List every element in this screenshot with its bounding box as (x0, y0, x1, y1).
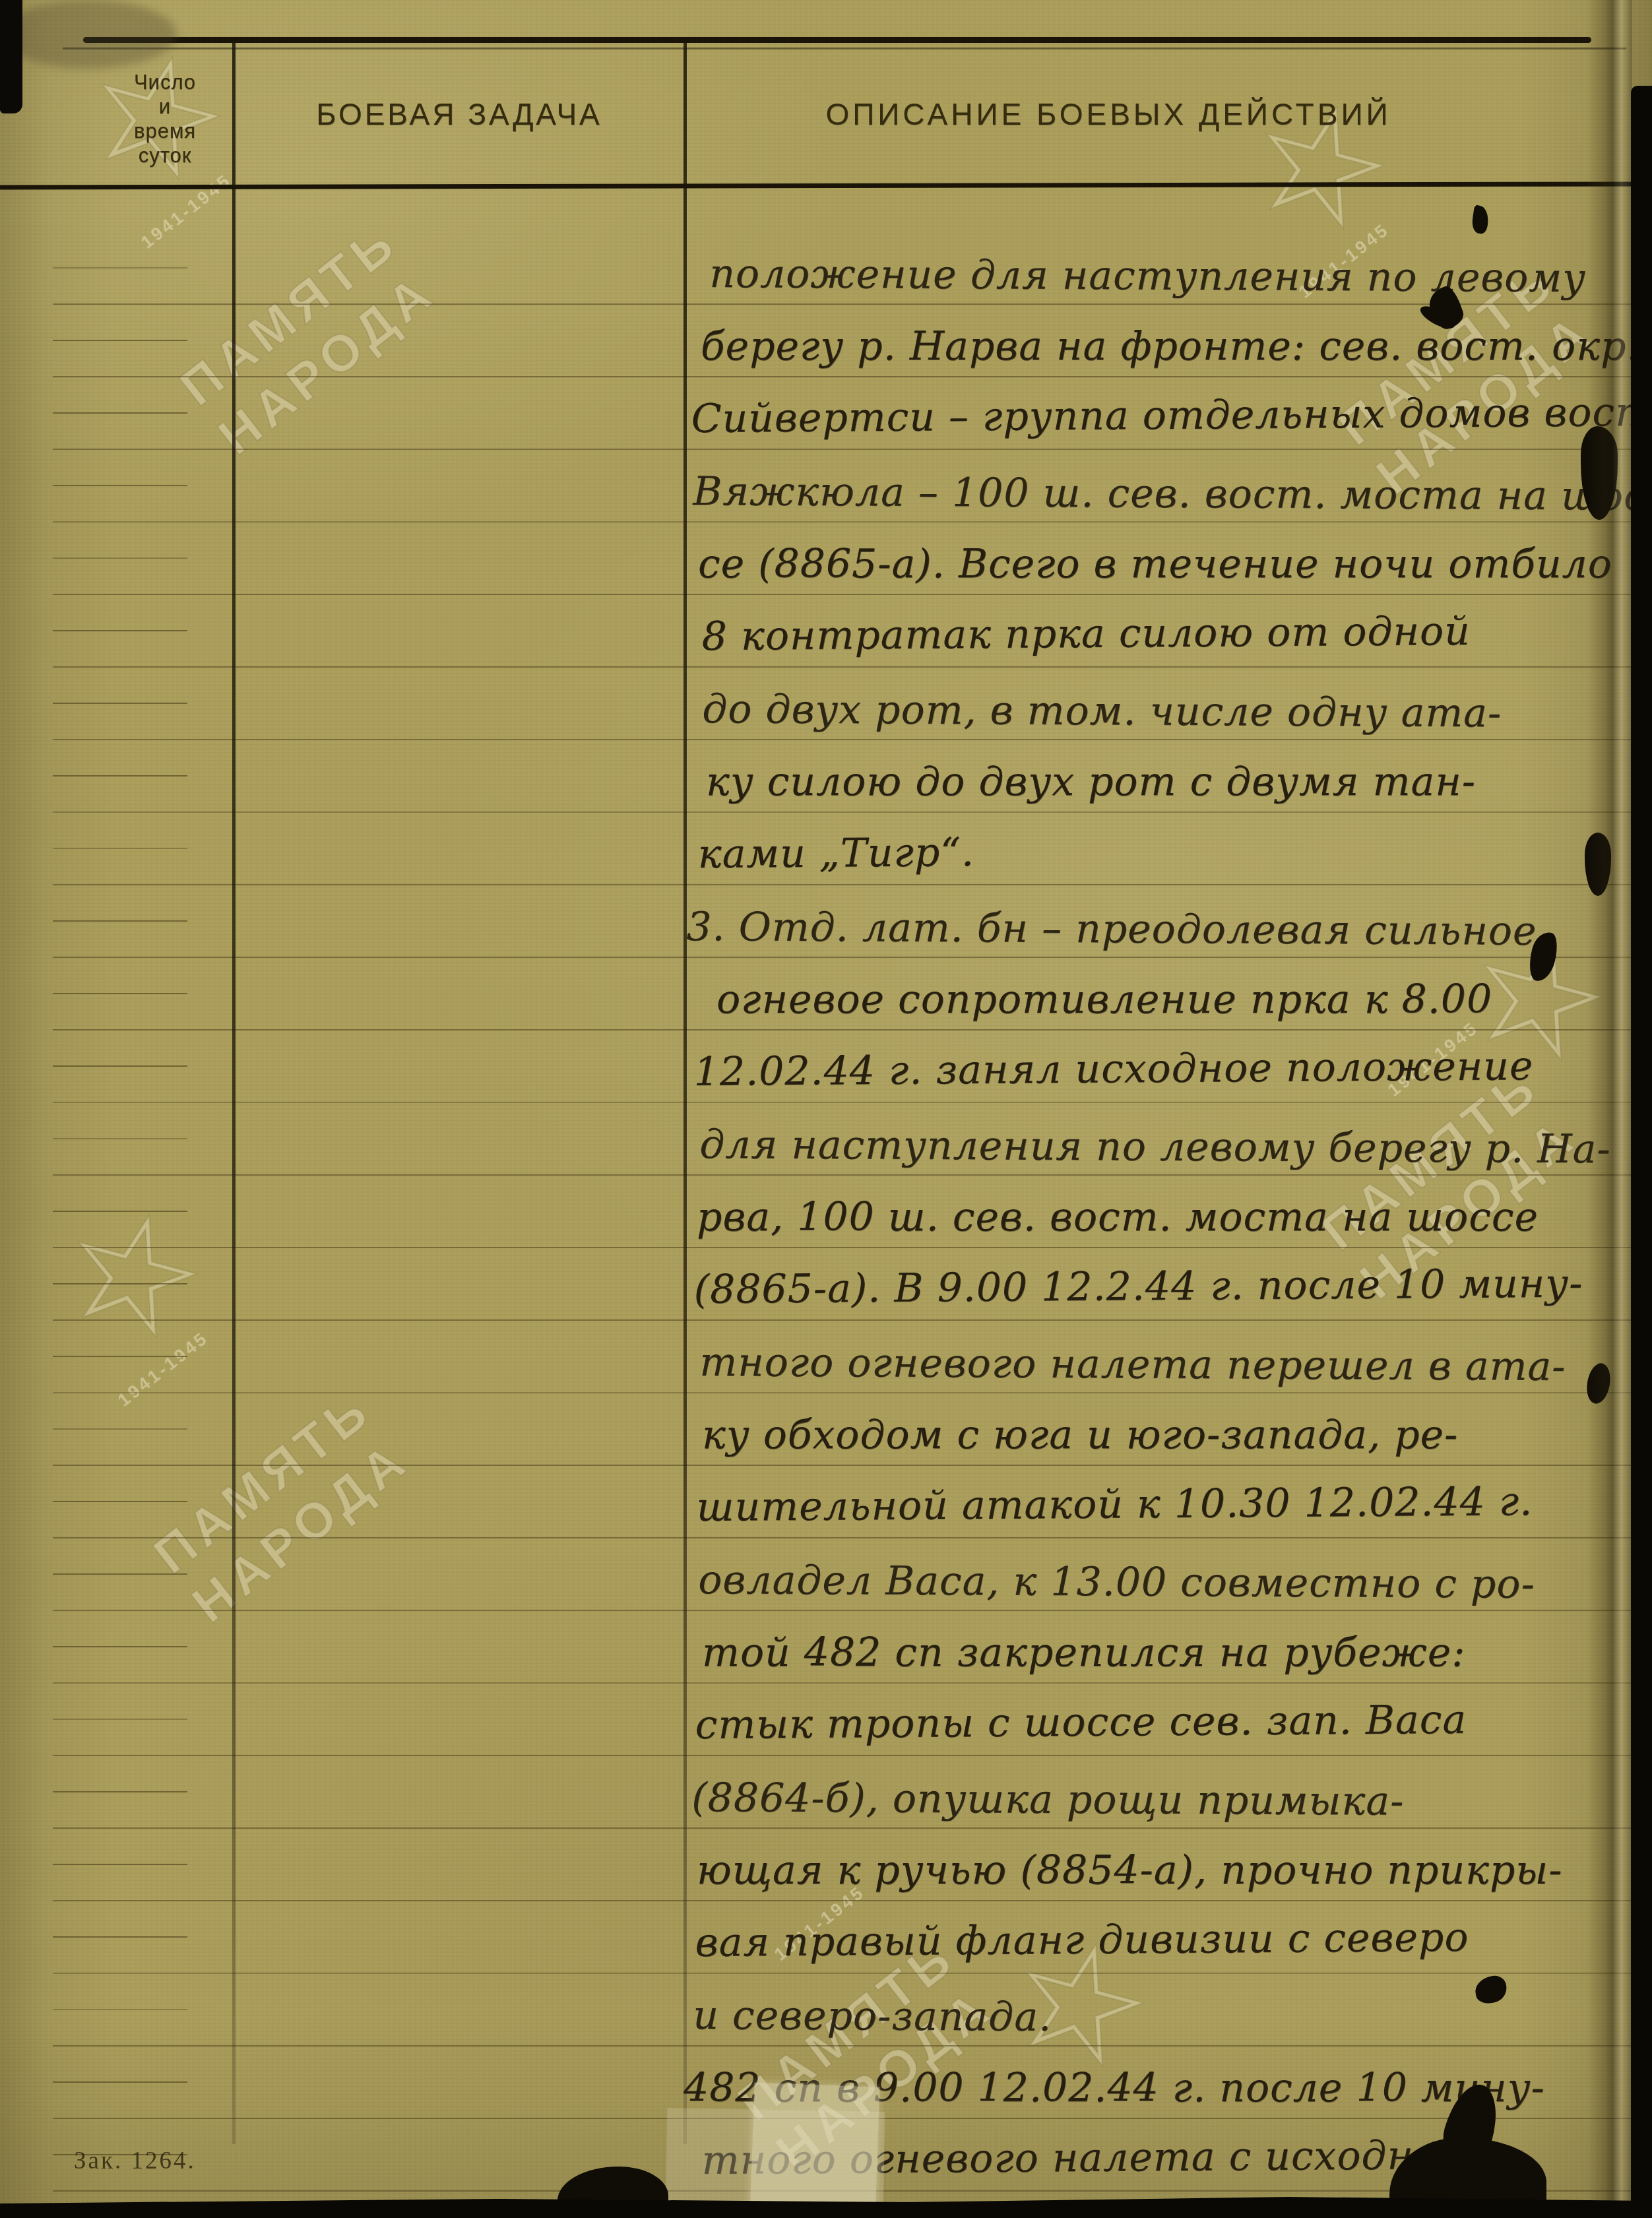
rule-line (53, 1211, 187, 1212)
rule-line (53, 993, 187, 994)
handwritten-line: ками „Тигр“. (697, 809, 974, 885)
handwritten-line: Вяжкюла – 100 ш. сев. вост. моста на шос… (693, 449, 1652, 528)
handwritten-line: ку силою до двух рот с двумя тан- (706, 739, 1476, 813)
tape-patch (750, 2083, 880, 2218)
ink-mark (1471, 205, 1490, 235)
smudge (0, 0, 177, 69)
handwritten-line: рва, 100 ш. сев. вост. моста на шоссе (697, 1174, 1539, 1248)
handwritten-line: 3. Отд. лат. бн – преодолевая сильное (686, 884, 1537, 963)
print-order-imprint: Зак. 1264. (74, 2147, 196, 2175)
rule-line (53, 1646, 187, 1647)
handwritten-line: ку обходом с юга и юго-запада, ре- (702, 1392, 1458, 1466)
page-edge-corner (0, 0, 22, 113)
rule-line (53, 630, 187, 631)
rule-line (53, 1356, 187, 1357)
handwritten-line: шительной атакой к 10.30 12.02.44 г. (696, 1459, 1533, 1538)
rule-line (53, 340, 187, 341)
handwritten-line: вая правый фланг дивизии с северо (695, 1895, 1469, 1974)
header-line: время (66, 119, 264, 143)
handwritten-line: для наступления по левому берегу р. На- (699, 1102, 1611, 1180)
ink-blot (1473, 1973, 1509, 2006)
handwritten-line: 12.02.44 г. занял исходное положение (693, 1023, 1533, 1103)
rule-line (53, 1573, 187, 1575)
handwritten-line: овладел Васа, к 13.00 совместно с ро- (698, 1537, 1535, 1616)
journal-page-scan: ☆1941-1945ПАМЯТЬНАРОДА☆1941-1945ПАМЯТЬНА… (0, 0, 1652, 2218)
column-header-combat-task: БОЕВАЯ ЗАДАЧА (235, 96, 683, 132)
rule-line (53, 1864, 187, 1865)
rule-line (53, 412, 187, 414)
handwritten-line: огневое сопротивление прка к 8.00 (716, 957, 1492, 1030)
column-header-combat-description: ОПИСАНИЕ БОЕВЫХ ДЕЙСТВИЙ (686, 96, 1531, 132)
rule-line (53, 1138, 187, 1139)
handwritten-line: ющая к ручью (8854-а), прочно прикры- (697, 1827, 1562, 1901)
rule-line (53, 920, 187, 922)
rule-line (53, 1719, 187, 1720)
handwritten-line: се (8865-а). Всего в течение ночи отбило (698, 521, 1612, 595)
column-header-date-time: Число и время суток (66, 70, 264, 168)
handwritten-line: 8 контратак прка силою от одной (701, 588, 1471, 668)
header-bottom-border (0, 181, 1652, 189)
column-divider-1 (232, 38, 236, 2144)
rule-line (53, 1791, 187, 1792)
header-line: суток (66, 143, 264, 168)
handwritten-line: (8864-б), опушка рощи примыка- (691, 1755, 1405, 1833)
rule-line (53, 485, 187, 486)
handwritten-line: до двух рот, в том. числе одну ата- (702, 666, 1502, 744)
handwritten-line: и северо-запада. (693, 1973, 1052, 2048)
rule-line (53, 703, 187, 704)
rule-line (53, 1501, 187, 1502)
handwritten-line: стык тропы с шоссе сев. зап. Васа (695, 1677, 1467, 1756)
handwritten-line: Сийвертси – группа отдельных домов вост. (691, 369, 1652, 450)
handwritten-line: берегу р. Нарва на фронте: сев. вост. ок… (701, 303, 1639, 377)
table-top-border-thin (63, 48, 1626, 49)
rule-line (53, 1428, 187, 1430)
rule-line (53, 1065, 187, 1067)
table-top-border (83, 37, 1591, 43)
rule-line (53, 2081, 187, 2083)
page-edge-right (1631, 86, 1652, 2218)
handwritten-line: тного огневого налета перешел в ата- (699, 1319, 1566, 1398)
rule-line (53, 2009, 187, 2010)
rule-line (53, 267, 187, 269)
handwritten-line: (8865-а). В 9.00 12.2.44 г. после 10 мин… (693, 1241, 1583, 1321)
page-fold-crease (1587, 0, 1632, 2218)
rule-line (53, 1936, 187, 1938)
watermark-text: ПАМЯТЬНАРОДА (168, 210, 448, 467)
rule-line (53, 557, 187, 559)
watermark-text: ПАМЯТЬНАРОДА (142, 1378, 422, 1635)
rule-line (53, 848, 187, 849)
rule-line (53, 775, 187, 776)
header-line: Число (66, 70, 264, 94)
header-line: и (66, 94, 264, 119)
column-divider-2 (683, 38, 687, 2144)
rule-line (53, 1283, 187, 1284)
handwritten-line: той 482 сп закрепился на рубеже: (702, 1610, 1465, 1684)
